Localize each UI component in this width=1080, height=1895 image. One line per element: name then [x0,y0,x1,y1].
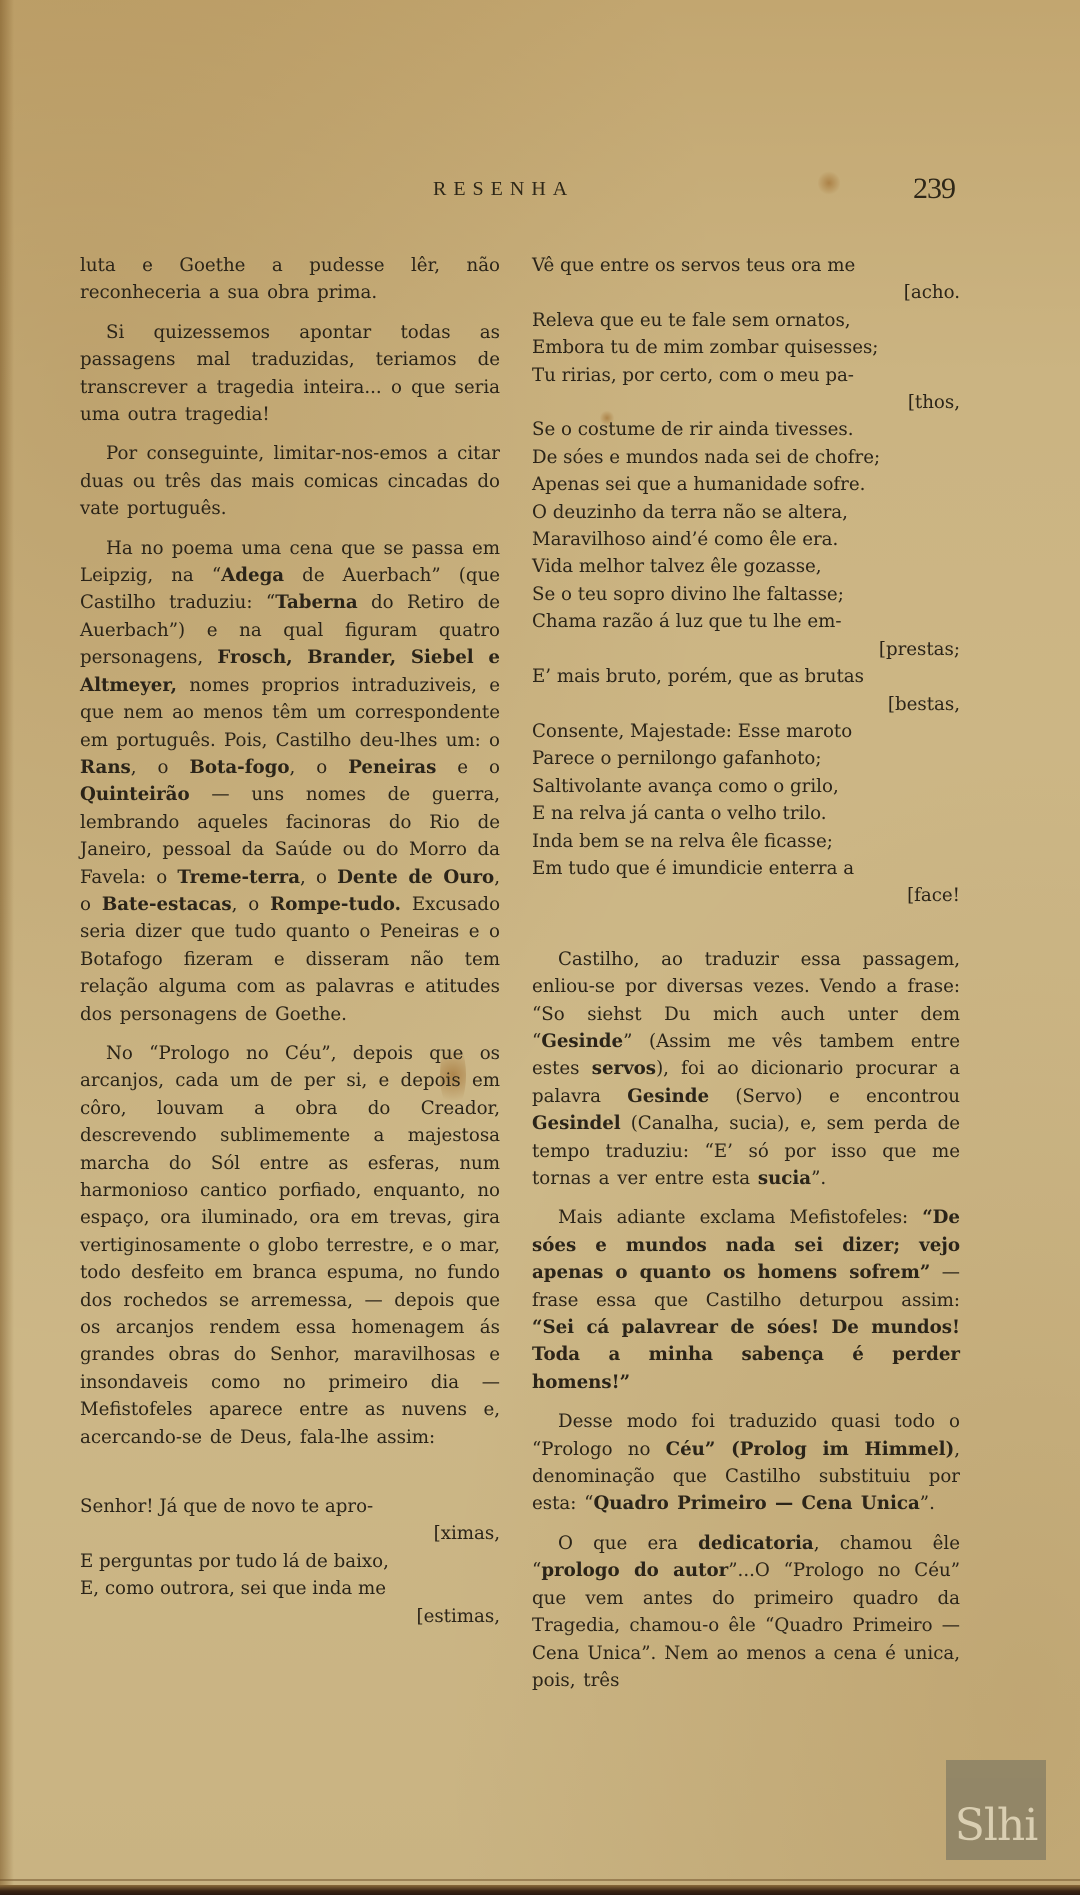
watermark-label: Slhi [955,1804,1038,1860]
verse-turnover: [face! [532,882,960,909]
paragraph: Por conseguinte, limitar-nos-emos a cita… [80,440,500,522]
text-run: , o [290,757,349,778]
verse-turnover: [acho. [532,279,960,306]
verse-line: Parece o pernilongo gafanhoto; [532,745,960,772]
bold-text: Treme-terra [177,867,300,888]
text-run: , o [300,867,337,888]
spacer [532,910,960,946]
verse-turnover: [estimas, [80,1603,500,1630]
text-run: O que era [558,1533,698,1554]
bold-text: Rans [80,757,131,778]
paragraph: O que era dedicatoria, chamou êle “prolo… [532,1530,960,1694]
verse-line: Apenas sei que a humanidade sofre. [532,471,960,498]
page-edge-rule [0,1879,1080,1881]
verse-line: Releva que eu te fale sem ornatos, [532,307,960,334]
page-header: RESENHA 239 [0,172,1080,212]
verse-line: De sóes e mundos nada sei de chofre; [532,444,960,471]
verse-line: Inda bem se na relva êle ficasse; [532,828,960,855]
text-run: , o [232,894,271,915]
bold-text: Céu” (Prolog im Himmel) [666,1439,955,1460]
bold-text: servos [592,1058,656,1079]
verse-line: Vida melhor talvez êle gozasse, [532,553,960,580]
verse-line: Tu ririas, por certo, com o meu pa- [532,362,960,389]
verse-turnover: [ximas, [80,1520,500,1547]
verse-line: Se o costume de rir ainda tivesses. [532,416,960,443]
bold-text: Bate-estacas [102,894,232,915]
verse-line: E perguntas por tudo lá de baixo, [80,1548,500,1575]
bold-text: Gesinde [627,1086,709,1107]
verse-line: E na relva já canta o velho trilo. [532,800,960,827]
bold-text: dedicatoria [698,1533,814,1554]
bold-text: Bota-fogo [189,757,289,778]
bold-text: Rompe-tudo. [270,894,401,915]
left-column: luta e Goethe a pudesse lêr, não reconhe… [80,252,500,1630]
bold-text: Gesinde [541,1031,623,1052]
verse-line: Senhor! Já que de novo te apro- [80,1493,500,1520]
page-shadow [0,0,14,1895]
bold-text: Quadro Primeiro — Cena Unica [593,1493,919,1514]
verse-line: E’ mais bruto, porém, que as brutas [532,663,960,690]
right-column: Vê que entre os servos teus ora me [acho… [532,252,960,1706]
paragraph: Ha no poema uma cena que se passa em Lei… [80,535,500,1028]
verse-line: Maravilhoso aind’é como êle era. [532,526,960,553]
bold-text: prologo do autor [541,1560,728,1581]
watermark-logo: Slhi [946,1760,1046,1860]
verse-line: Consente, Majestade: Esse maroto [532,718,960,745]
bold-text: Adega [221,565,284,586]
page-number: 239 [913,172,955,206]
text-run: ”. [920,1493,935,1514]
running-title: RESENHA [433,178,574,201]
verse-line: Vê que entre os servos teus ora me [532,252,960,279]
verse-line: Se o teu sopro divino lhe faltasse; [532,581,960,608]
verse-line: Em tudo que é imundicie enterra a [532,855,960,882]
bold-text: Dente de Ouro [337,867,494,888]
text-run: e o [436,757,500,778]
verse-turnover: [prestas; [532,636,960,663]
verse-block: Vê que entre os servos teus ora me [acho… [532,252,960,910]
text-run: , o [131,757,190,778]
verse-turnover: [bestas, [532,691,960,718]
page-bottom-edge [0,1885,1080,1895]
bold-text: Peneiras [348,757,436,778]
bold-text: Gesindel [532,1113,621,1134]
paragraph: Desse modo foi traduzido quasi todo o “P… [532,1408,960,1518]
verse-turnover: [thos, [532,389,960,416]
verse-line: O deuzinho da terra não se altera, [532,499,960,526]
spacer [80,1463,500,1493]
paragraph: luta e Goethe a pudesse lêr, não reconhe… [80,252,500,307]
paragraph: Si quizessemos apontar todas as passagen… [80,319,500,429]
verse-line: Chama razão á luz que tu lhe em- [532,608,960,635]
bold-text: Quinteirão [80,784,190,805]
text-run: Mais adiante exclama Mefistofeles: [558,1207,922,1228]
text-run: (Servo) e encontrou [709,1086,960,1107]
verse-line: Saltivolante avança como o grilo, [532,773,960,800]
paragraph: Castilho, ao traduzir essa passagem, enl… [532,946,960,1193]
verse-line: Embora tu de mim zombar quisesses; [532,334,960,361]
bold-text: sucia [758,1168,811,1189]
bold-text: “Sei cá palavrear de sóes! De mundos! To… [532,1317,960,1393]
verse-line: E, como outrora, sei que inda me [80,1575,500,1602]
bold-text: Taberna [275,592,357,613]
paragraph: Mais adiante exclama Mefistofeles: “De s… [532,1204,960,1396]
text-run: ”. [811,1168,826,1189]
verse-block: Senhor! Já que de novo te apro- [ximas, … [80,1493,500,1630]
paragraph: No “Prologo no Céu”, depois que os arcan… [80,1040,500,1451]
